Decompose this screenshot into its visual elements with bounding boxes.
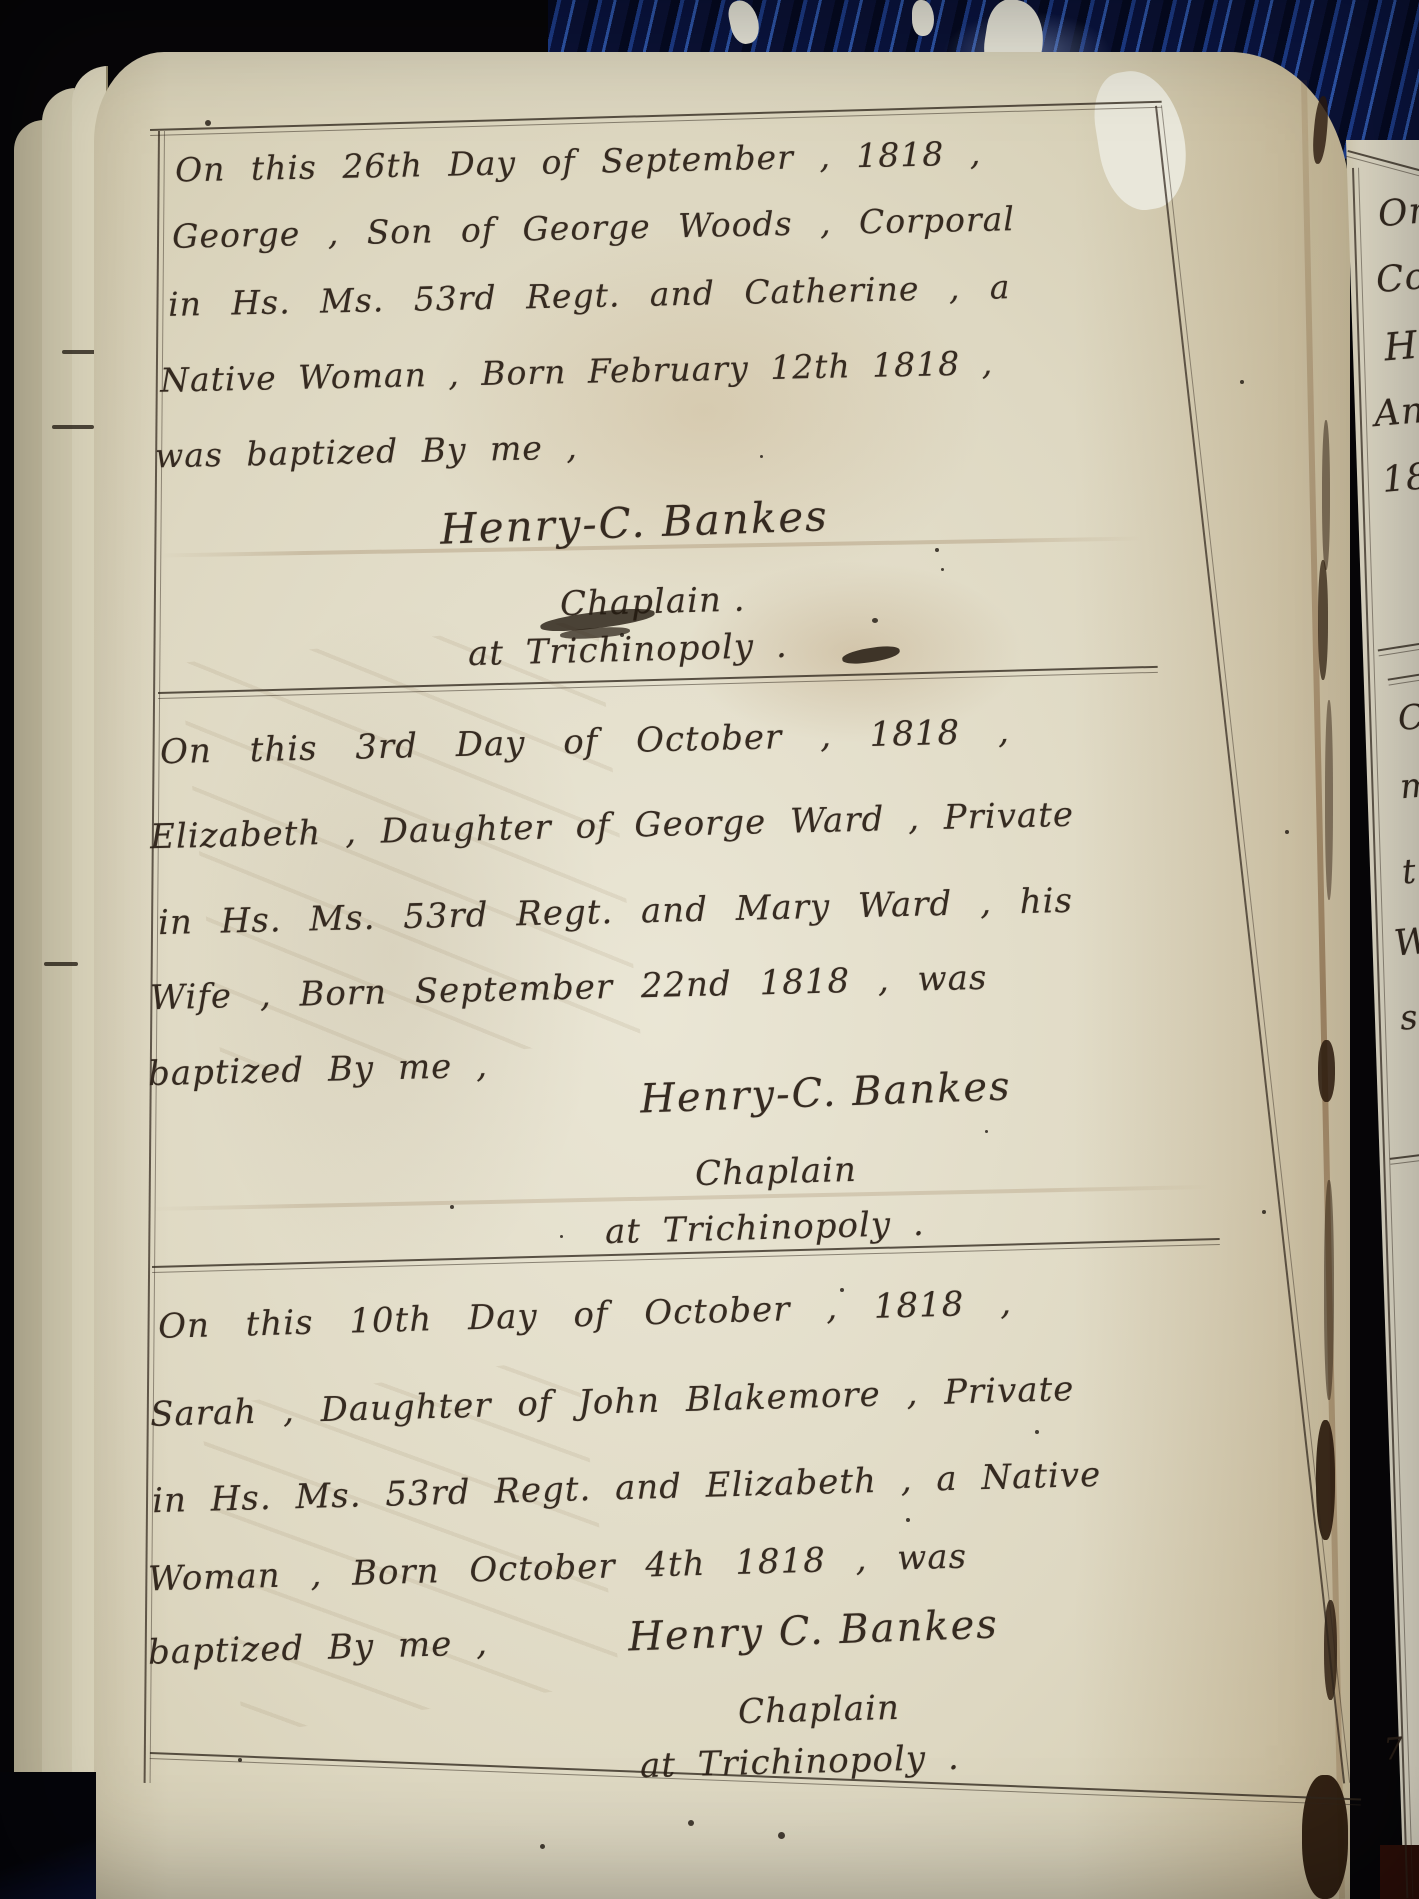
signature-role: Chaplain [738, 1688, 901, 1732]
ink-speck [620, 633, 624, 637]
burn-mark [1324, 1180, 1334, 1400]
signature-role: Chaplain [695, 1150, 858, 1194]
ink-speck [1285, 830, 1289, 834]
ink-speck [872, 618, 878, 623]
right-page-fragment: Co [1374, 256, 1419, 301]
right-page-fragment: m [1398, 765, 1419, 808]
ink-speck [941, 568, 944, 571]
right-page-fragment: H [1382, 323, 1419, 370]
right-page-fragment: W [1392, 920, 1419, 964]
ink-speck [1262, 1210, 1266, 1214]
ink-speck [840, 1288, 844, 1292]
signature-place: at Trichinopoly . [468, 626, 789, 674]
page-stack-edge [14, 120, 44, 1899]
burn-mark [1318, 1040, 1335, 1102]
burn-mark [1318, 560, 1328, 680]
ink-speck [560, 1235, 563, 1238]
ink-speck [778, 1832, 785, 1839]
paper-shard [912, 0, 934, 36]
right-page-fragment: C [1396, 697, 1419, 739]
ink-speck [760, 455, 763, 458]
ink-speck [985, 1130, 988, 1133]
ink-speck [540, 1844, 545, 1849]
entry-line: baptized By me , [148, 1046, 489, 1094]
dark-corner [0, 1772, 96, 1899]
register-photo: On this 26th Day of September , 1818 , G… [0, 0, 1419, 1899]
signature-place: at Trichinopoly . [605, 1204, 926, 1252]
ink-speck [935, 548, 939, 552]
right-page-fragment: On [1376, 190, 1419, 236]
ink-speck [1035, 1430, 1039, 1434]
burn-mark [1302, 1775, 1348, 1899]
ink-speck [450, 1205, 454, 1209]
right-page-fragment: s [1398, 997, 1419, 1038]
right-page-fragment: An [1372, 390, 1419, 435]
burn-mark [1322, 420, 1330, 570]
page-edge-tear [52, 425, 94, 429]
ink-speck [688, 1820, 694, 1826]
ink-speck [205, 120, 211, 126]
ink-speck [906, 1518, 910, 1522]
burn-mark [1325, 700, 1333, 900]
right-page-fragment: 18 [1380, 456, 1419, 501]
ink-speck [238, 1758, 242, 1762]
page-stack-edge [42, 88, 76, 1899]
signature-place: at Trichinopoly . [640, 1738, 961, 1786]
right-page-fragment: t [1400, 851, 1418, 892]
ink-speck [1240, 380, 1244, 384]
right-page-fragment: 7 [1383, 1731, 1406, 1768]
page-edge-tear [44, 962, 78, 966]
